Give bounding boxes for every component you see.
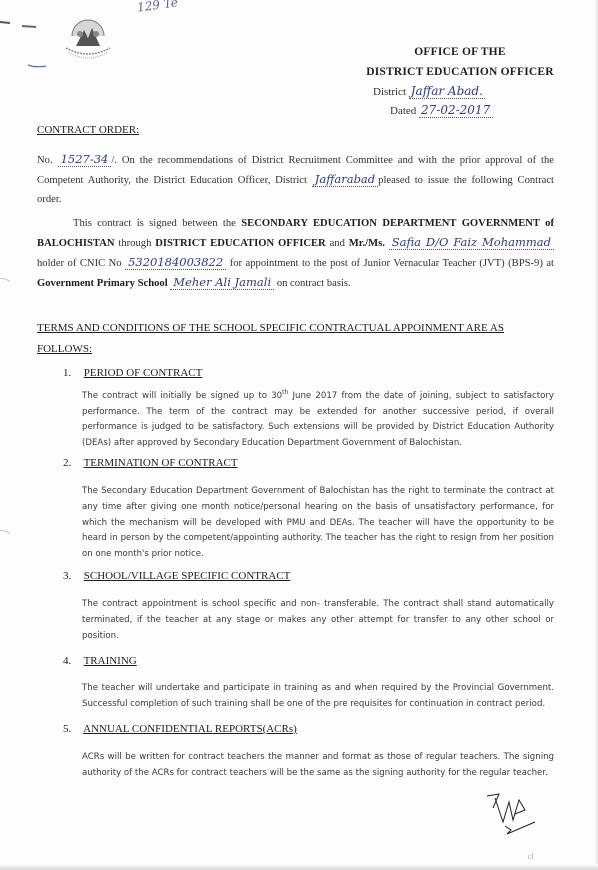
section-4-body: The teacher will undertake and participa…: [82, 681, 554, 713]
signing-text-4: holder of CNIC No: [37, 258, 122, 269]
signing-title: Mr./Ms.: [349, 238, 385, 249]
punch-hole-icon: [0, 278, 14, 302]
office-title-line-2: DISTRICT EDUCATION OFFICER: [360, 66, 560, 78]
section-1-heading: 1. PERIOD OF CONTRACT: [63, 367, 202, 379]
section-3-body: The contract appointment is school speci…: [82, 597, 554, 644]
order-no-label: No.: [37, 155, 53, 166]
section-1-body: The contract will initially be signed up…: [82, 385, 554, 452]
cnic-number: 5320184003822: [125, 255, 226, 270]
dated-line: Dated 27-02-2017: [390, 103, 493, 118]
section-5-body: ACRs will be written for contract teache…: [82, 750, 554, 782]
page-mark: cl: [528, 852, 534, 861]
section-number: 5.: [63, 723, 81, 735]
contract-order-paragraph: No. 1527-34/. On the recommendations of …: [37, 150, 554, 209]
dated-label: Dated: [390, 105, 416, 117]
signing-text-1: This contract is signed between the: [73, 218, 236, 229]
section-5-heading: 5. ANNUAL CONFIDENTIAL REPORTS(ACRs): [63, 723, 297, 735]
district-line: District Jaffar Abad.: [373, 84, 485, 99]
section-number: 2.: [63, 457, 81, 469]
section-3-heading: 3. SCHOOL/VILLAGE SPECIFIC CONTRACT: [63, 570, 290, 582]
section-number: 3.: [63, 570, 81, 582]
section-title: TERMINATION OF CONTRACT: [84, 457, 238, 469]
district-value: Jaffar Abad.: [409, 84, 485, 99]
signing-paragraph: This contract is signed between the SECO…: [37, 214, 554, 293]
section-number: 1.: [63, 367, 81, 379]
section-1-body-text: The contract will initially be signed up…: [82, 391, 282, 401]
section-4-heading: 4. TRAINING: [63, 655, 137, 667]
section-2-body: The Secondary Education Department Gover…: [82, 484, 554, 563]
document-page: 129 Te OFFICE OF THE DISTRICT EDUCATION …: [0, 0, 598, 870]
appointee-name: Safia D/O Faiz Mohammad: [389, 235, 554, 250]
school-type: Government Primary School: [37, 278, 168, 289]
punch-hole-icon: [0, 530, 14, 554]
margin-marks-icon: [0, 18, 50, 78]
order-district-handwritten: Jaffarabad: [312, 172, 378, 187]
section-2-heading: 2. TERMINATION OF CONTRACT: [63, 457, 238, 469]
signature-icon: [485, 792, 545, 842]
section-title: SCHOOL/VILLAGE SPECIFIC CONTRACT: [84, 570, 291, 582]
signing-text-3: and: [330, 238, 345, 249]
section-title: PERIOD OF CONTRACT: [84, 367, 203, 379]
district-label: District: [373, 86, 406, 98]
section-title: ANNUAL CONFIDENTIAL REPORTS(ACRs): [83, 723, 297, 735]
contract-order-title: CONTRACT ORDER:: [37, 124, 139, 136]
file-number-annotation: 129 Te: [136, 0, 178, 15]
section-title: TRAINING: [84, 655, 137, 667]
dated-value: 27-02-2017: [419, 103, 493, 118]
page-edge-bottom: [0, 864, 598, 870]
government-emblem-logo: [60, 12, 116, 64]
section-number: 4.: [63, 655, 81, 667]
signing-text-6: on contract basis.: [277, 278, 351, 289]
office-title-line-1: OFFICE OF THE: [360, 46, 560, 58]
terms-heading: TERMS AND CONDITIONS OF THE SCHOOL SPECI…: [37, 318, 554, 360]
signing-text-5: for appointment to the post of Junior Ve…: [230, 258, 554, 269]
signing-officer: DISTRICT EDUCATION OFFICER: [155, 238, 325, 249]
school-name: Meher Ali Jamali: [170, 275, 274, 290]
order-number: 1527-34: [58, 152, 112, 167]
signing-text-2: through: [118, 238, 151, 249]
